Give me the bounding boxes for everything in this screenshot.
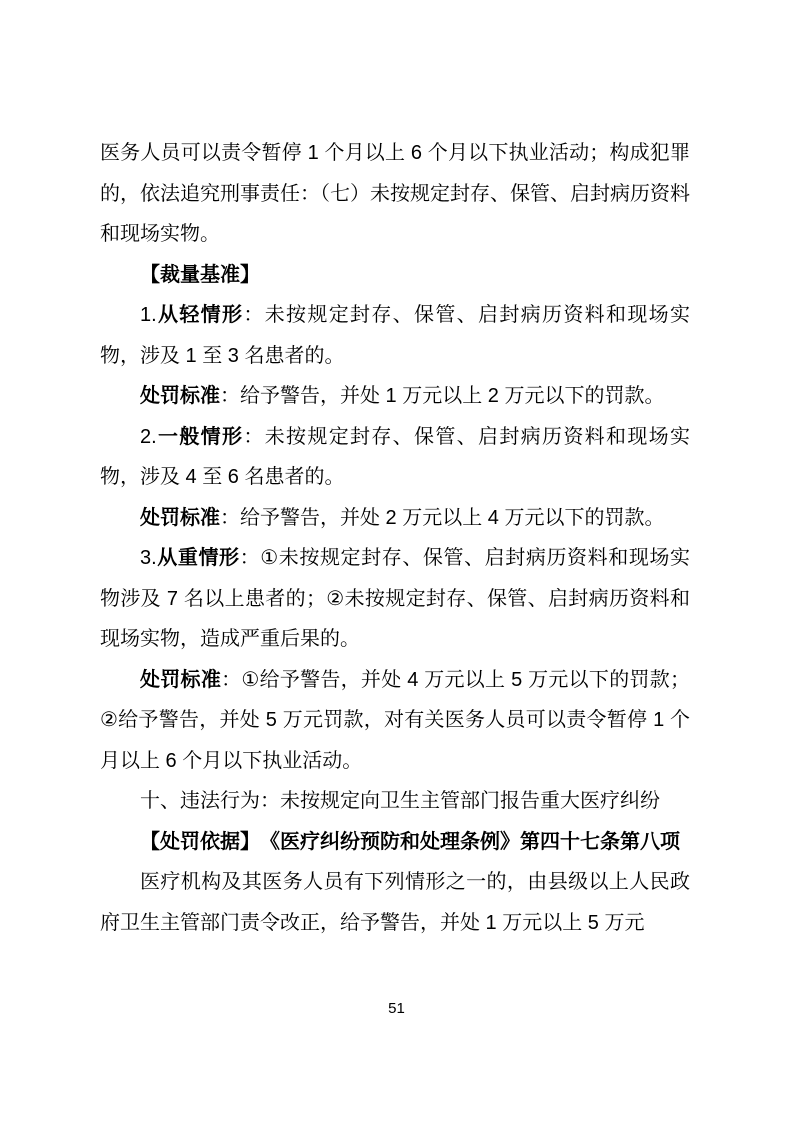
paragraph: 处罚标准：①给予警告，并处 4 万元以上 5 万元以下的罚款；②给予警告，并处 … <box>100 660 690 782</box>
paragraph: 3.从重情形：①未按规定封存、保管、启封病历资料和现场实物涉及 7 名以上患者的… <box>100 538 690 660</box>
bold-text-run: 【处罚依据】 《医疗纠纷预防和处理条例》第四十七条第八项 <box>140 831 680 853</box>
paragraph: 医务人员可以责令暂停 1 个月以上 6 个月以下执业活动；构成犯罪的，依法追究刑… <box>100 133 690 255</box>
bold-text-run: 处罚标准 <box>140 385 220 407</box>
paragraph: 【处罚依据】 《医疗纠纷预防和处理条例》第四十七条第八项 <box>100 822 690 863</box>
text-run: 3. <box>140 547 157 569</box>
text-run: 2. <box>140 426 157 448</box>
text-run: 医疗机构及其医务人员有下列情形之一的，由县级以上人民政府卫生主管部门责令改正，给… <box>100 871 690 934</box>
paragraph: 处罚标准：给予警告，并处 1 万元以上 2 万元以下的罚款。 <box>100 376 690 417</box>
text-run: ：给予警告，并处 1 万元以上 2 万元以下的罚款。 <box>220 385 664 407</box>
bold-text-run: 处罚标准 <box>140 507 220 529</box>
bold-text-run: 处罚标准 <box>140 669 221 691</box>
paragraph: 十、违法行为：未按规定向卫生主管部门报告重大医疗纠纷 <box>100 781 690 822</box>
document-body: 医务人员可以责令暂停 1 个月以上 6 个月以下执业活动；构成犯罪的，依法追究刑… <box>100 133 690 943</box>
bold-text-run: 【裁量基准】 <box>140 264 260 286</box>
text-run: 十、违法行为：未按规定向卫生主管部门报告重大医疗纠纷 <box>140 790 660 812</box>
paragraph: 处罚标准：给予警告，并处 2 万元以上 4 万元以下的罚款。 <box>100 498 690 539</box>
page-number: 51 <box>0 999 793 1019</box>
paragraph: 2.一般情形：未按规定封存、保管、启封病历资料和现场实物，涉及 4 至 6 名患… <box>100 417 690 498</box>
page-sheet: 医务人员可以责令暂停 1 个月以上 6 个月以下执业活动；构成犯罪的，依法追究刑… <box>0 0 793 1122</box>
paragraph: 【裁量基准】 <box>100 255 690 296</box>
bold-text-run: 从轻情形 <box>157 304 244 326</box>
paragraph: 医疗机构及其医务人员有下列情形之一的，由县级以上人民政府卫生主管部门责令改正，给… <box>100 862 690 943</box>
text-run: ：给予警告，并处 2 万元以上 4 万元以下的罚款。 <box>220 507 664 529</box>
document-page: { "page": { "number": "51" }, "document"… <box>0 0 793 1122</box>
bold-text-run: 从重情形 <box>157 547 240 569</box>
text-run: 医务人员可以责令暂停 1 个月以上 6 个月以下执业活动；构成犯罪的，依法追究刑… <box>100 142 690 245</box>
bold-text-run: 一般情形 <box>157 426 244 448</box>
paragraph: 1.从轻情形：未按规定封存、保管、启封病历资料和现场实物，涉及 1 至 3 名患… <box>100 295 690 376</box>
text-run: 1. <box>140 304 157 326</box>
